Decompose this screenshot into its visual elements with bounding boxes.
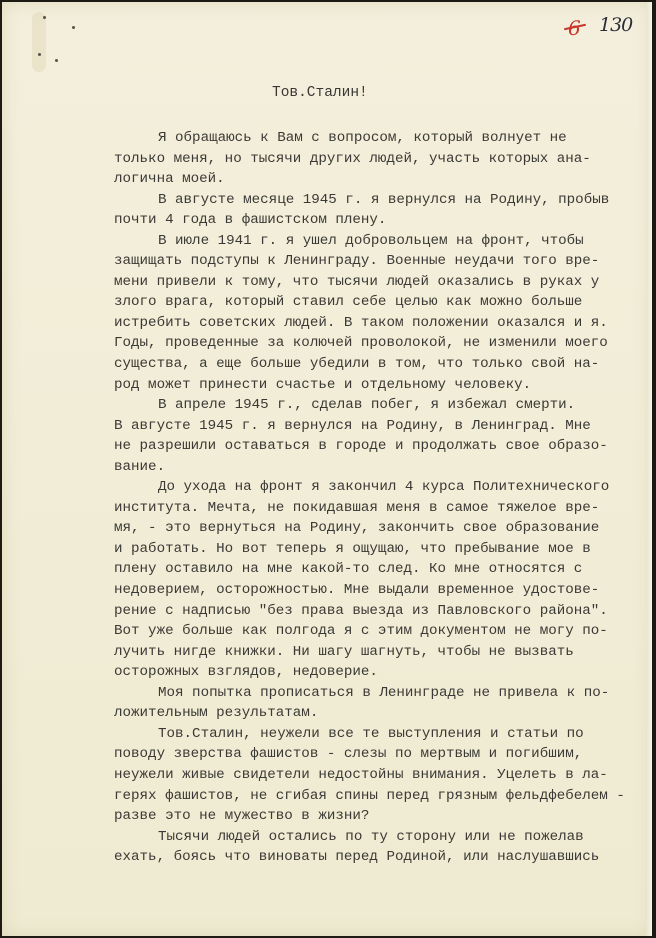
text-line: осторожных взглядов, недоверие. bbox=[114, 662, 644, 683]
text-line: Вот уже больше как полгода я с этим доку… bbox=[114, 621, 644, 642]
text-line: вание. bbox=[114, 457, 644, 478]
text-line: В августе 1945 г. я вернулся на Родину, … bbox=[114, 416, 644, 437]
text-line: недоверием, осторожностью. Мне выдали вр… bbox=[114, 580, 644, 601]
paper-speck bbox=[38, 53, 41, 56]
text-line: Годы, проведенные за колючей проволокой,… bbox=[114, 333, 644, 354]
text-line: плену оставило на мне какой-то след. Ко … bbox=[114, 559, 644, 580]
paper-speck bbox=[72, 26, 75, 29]
text-line: неужели живые свидетели недостойны внима… bbox=[114, 765, 644, 786]
paper-speck bbox=[55, 59, 58, 62]
paper-speck bbox=[43, 16, 46, 19]
salutation: Тов.Сталин! bbox=[272, 85, 368, 101]
folio-number: 130 bbox=[599, 14, 632, 36]
text-line: Я обращаюсь к Вам с вопросом, который во… bbox=[114, 128, 644, 149]
text-line: не разрешили оставаться в городе и продо… bbox=[114, 436, 644, 457]
text-line: Тов.Сталин, неужели все те выступления и… bbox=[114, 724, 644, 745]
text-line: мени привели к тому, что тысячи людей ок… bbox=[114, 272, 644, 293]
text-line: поводу зверства фашистов - слезы по мерт… bbox=[114, 744, 644, 765]
page-edge bbox=[646, 2, 652, 936]
document-page: 6 130 Тов.Сталин! Я обращаюсь к Вам с во… bbox=[2, 2, 652, 936]
text-line: Тысячи людей остались по ту сторону или … bbox=[114, 827, 644, 848]
text-line: института. Мечта, не покидавшая меня в с… bbox=[114, 498, 644, 519]
text-line: защищать подступы к Ленинграду. Военные … bbox=[114, 251, 644, 272]
text-line: логична моей. bbox=[114, 169, 644, 190]
text-line: род может принести счастье и отдельному … bbox=[114, 375, 644, 396]
text-line: мя, - это вернуться на Родину, закончить… bbox=[114, 518, 644, 539]
text-line: ехать, боясь что виноваты перед Родиной,… bbox=[114, 847, 644, 868]
text-line: существа, а еще больше убедили в том, чт… bbox=[114, 354, 644, 375]
text-line: В июле 1941 г. я ушел добровольцем на фр… bbox=[114, 231, 644, 252]
crossed-out-folio-number: 6 bbox=[568, 16, 581, 40]
text-line: рение с надписью "без права выезда из Па… bbox=[114, 601, 644, 622]
text-line: и работать. Но вот теперь я ощущаю, что … bbox=[114, 539, 644, 560]
text-line: злого врага, который ставил себе целью к… bbox=[114, 292, 644, 313]
text-line: почти 4 года в фашистском плену. bbox=[114, 210, 644, 231]
text-line: ложительным результатам. bbox=[114, 703, 644, 724]
text-line: Моя попытка прописаться в Ленинграде не … bbox=[114, 683, 644, 704]
text-line: только меня, но тысячи других людей, уча… bbox=[114, 149, 644, 170]
text-line: разве это не мужество в жизни? bbox=[114, 806, 644, 827]
text-line: герях фашистов, не сгибая спины перед гр… bbox=[114, 786, 644, 807]
letter-body: Я обращаюсь к Вам с вопросом, который во… bbox=[114, 128, 644, 868]
text-line: До ухода на фронт я закончил 4 курса Пол… bbox=[114, 477, 644, 498]
text-line: В августе месяце 1945 г. я вернулся на Р… bbox=[114, 190, 644, 211]
text-line: В апреле 1945 г., сделав побег, я избежа… bbox=[114, 395, 644, 416]
text-line: лучить нигде книжки. Ни шагу шагнуть, чт… bbox=[114, 642, 644, 663]
paper-stain bbox=[32, 12, 46, 72]
text-line: истребить советских людей. В таком полож… bbox=[114, 313, 644, 334]
